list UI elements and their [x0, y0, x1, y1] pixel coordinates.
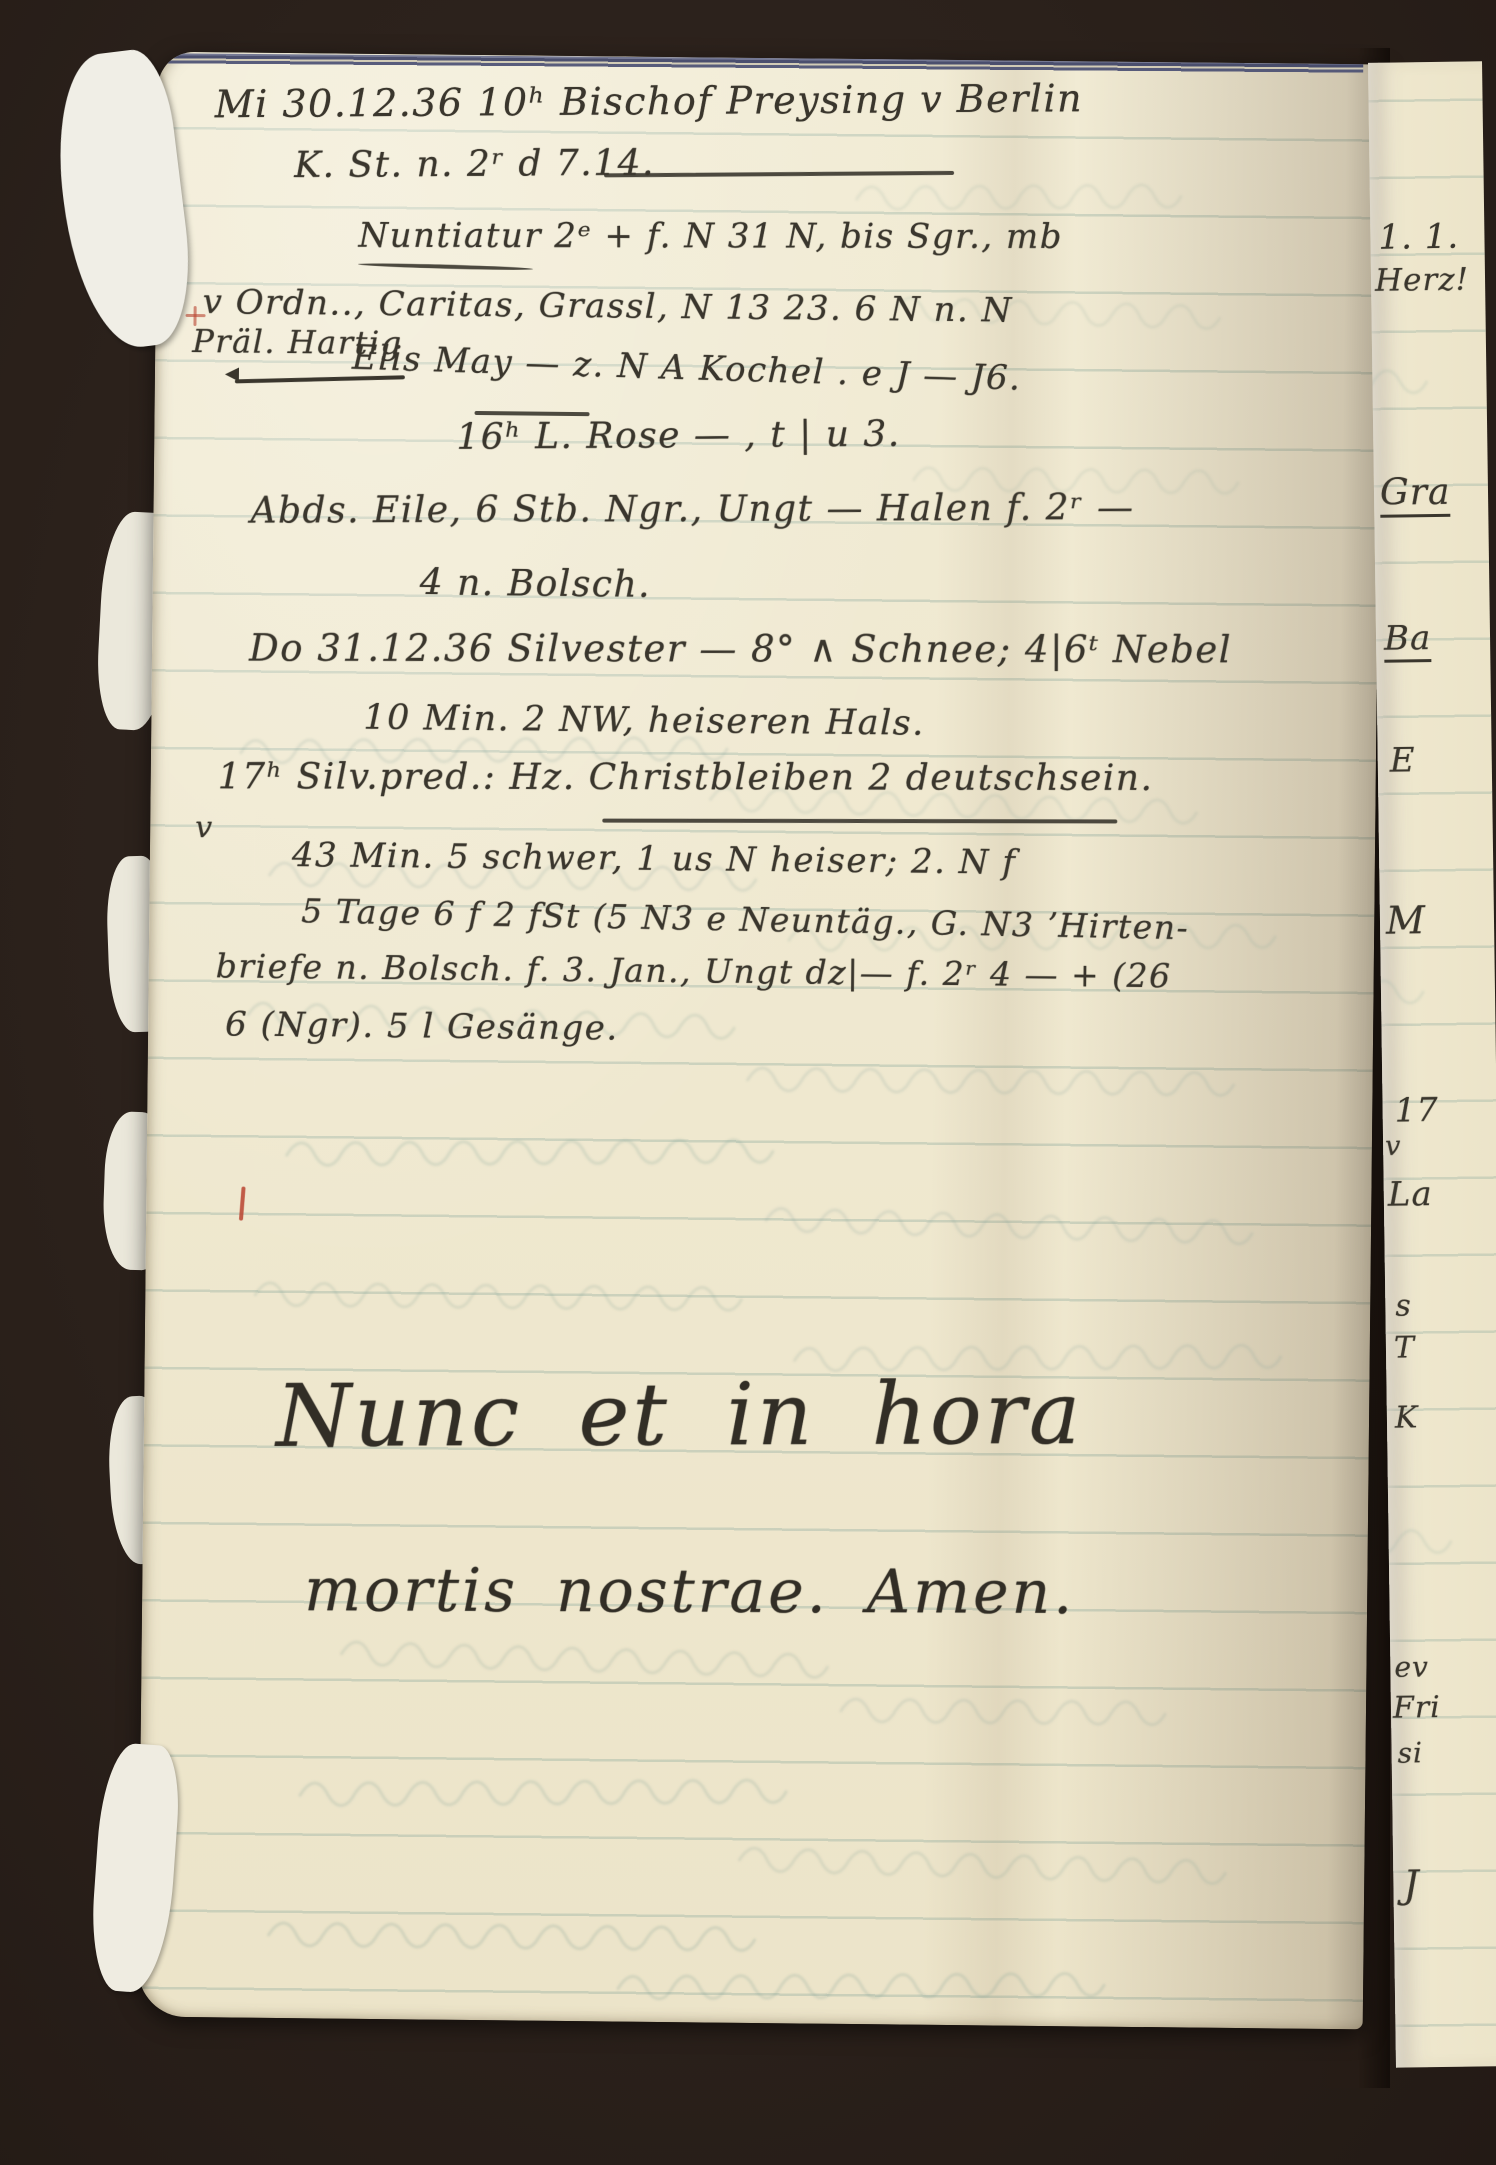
diary-entry-line: K. St. n. 2ʳ d 7.14. [294, 143, 655, 187]
diary-entry-line: 5 Tage 6 f 2 fSt (5 N3 e Neuntäg., G. N3… [301, 891, 1190, 947]
right-page-text-fragment: ev [1394, 1650, 1429, 1683]
ink-underline [358, 262, 533, 271]
right-page-text-fragment: E [1389, 740, 1415, 780]
right-page-text-fragment: J [1403, 1862, 1420, 1906]
right-page-text-fragment: Ba [1384, 618, 1432, 663]
left-arrow-head-icon [225, 367, 239, 381]
notebook-left-page: Mi 30.12.36 10ʰ Bischof Preysing v Berli… [138, 52, 1384, 2030]
diary-entry-line: briefe n. Bolsch. f. 3. Jan., Ungt dz|— … [216, 946, 1172, 995]
right-page-text-fragment: 17 [1394, 1090, 1439, 1130]
right-page-text-fragment: si [1397, 1736, 1423, 1769]
latin-invocation-line-1: Nunc et in hora [276, 1364, 1083, 1467]
right-page-text-fragment: 1. 1. [1378, 217, 1459, 258]
diary-entry-line: 6 (Ngr). 5 l Gesänge. [225, 1004, 619, 1048]
right-page-text-fragment: Fri [1393, 1690, 1441, 1726]
right-page-text-fragment: s [1395, 1288, 1412, 1323]
diary-entry-line: 10 Min. 2 NW, heiseren Hals. [363, 698, 925, 744]
diary-entry-line: 16ʰ L. Rose — , t | u 3. [456, 414, 901, 458]
right-page-text-fragment: K [1395, 1400, 1419, 1435]
right-page-text-fragment: M [1386, 898, 1427, 943]
diary-entry-line: 43 Min. 5 schwer, 1 us N heiser; 2. N f [292, 835, 1017, 883]
red-pencil-cross [193, 306, 196, 326]
diary-entry-line: 4 n. Bolsch. [420, 562, 652, 605]
diary-entry-line: Abds. Eile, 6 Stb. Ngr., Ungt — Halen f.… [250, 488, 1134, 532]
ink-underline [604, 171, 954, 177]
right-page-text-fragment: Herz! [1375, 262, 1469, 299]
diary-entry-line: Mi 30.12.36 10ʰ Bischof Preysing v Berli… [215, 76, 1084, 126]
photo-backdrop: Mi 30.12.36 10ʰ Bischof Preysing v Berli… [0, 0, 1496, 2165]
diary-entry-line: Elis May — z. N A Kochel . e J — J6. [351, 338, 1022, 399]
latin-invocation-line-2: mortis nostrae. Amen. [304, 1555, 1075, 1628]
right-page-text-fragment: Gra [1380, 472, 1451, 518]
right-page-text-fragment: v [1385, 1131, 1402, 1162]
margin-check-mark: v [195, 810, 214, 845]
stacked-page-edges [158, 53, 1363, 75]
right-page-text-fragment: T [1394, 1330, 1416, 1365]
right-page-text-fragment: La [1388, 1174, 1433, 1215]
diary-entry-line: Do 31.12.36 Silvester — 8° ∧ Schnee; 4|6… [249, 627, 1232, 672]
red-pencil-tick [239, 1186, 246, 1220]
ink-overline [475, 411, 590, 416]
ink-underline [602, 819, 1117, 824]
diary-entry-line: 17ʰ Silv.pred.: Hz. Christbleiben 2 deut… [218, 756, 1154, 799]
diary-entry-line: Nuntiatur 2ᵉ + f. N 31 N, bis Sgr., mb [358, 216, 1063, 257]
